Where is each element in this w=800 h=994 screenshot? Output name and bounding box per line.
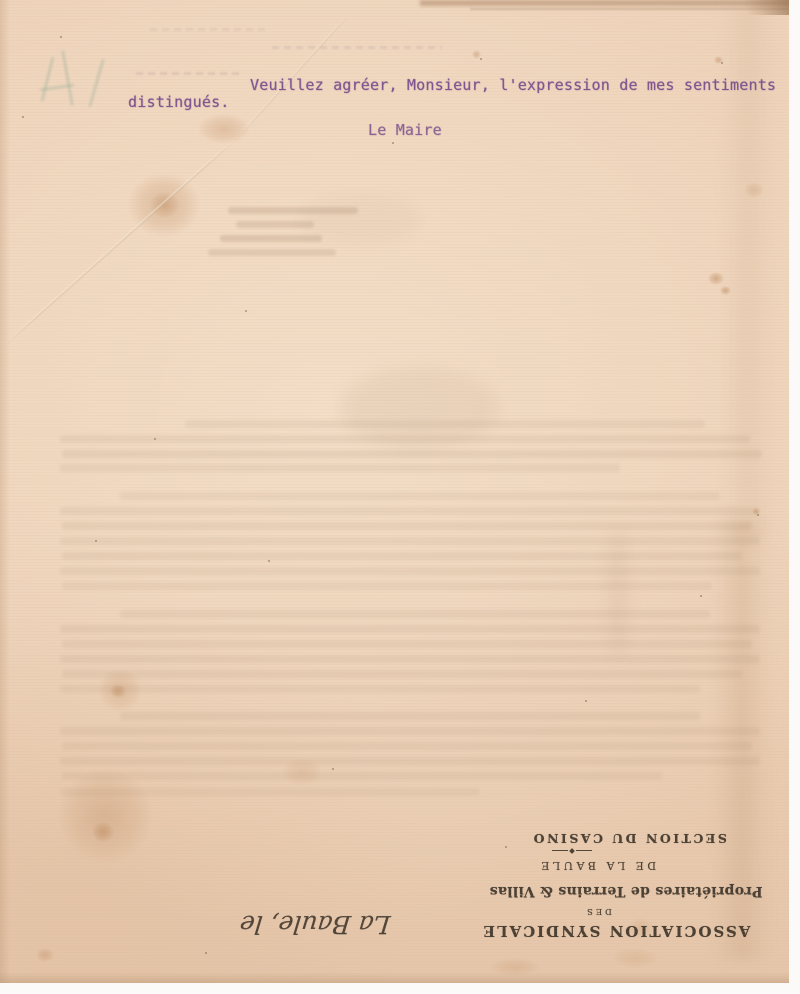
paper-speck bbox=[721, 62, 723, 64]
bleedthrough-dash-line bbox=[136, 72, 241, 75]
bleedthrough-text-line bbox=[62, 742, 752, 750]
bleedthrough-smudge bbox=[340, 368, 500, 448]
fold-crease bbox=[0, 136, 239, 350]
bleedthrough-text-line bbox=[62, 552, 742, 560]
paper-speck bbox=[268, 560, 270, 562]
letterhead-association-line: ASSOCIATION SYNDICALE bbox=[448, 922, 784, 940]
letter-page: Veuillez agréer, Monsieur, l'expression … bbox=[0, 0, 789, 983]
bleedthrough-address-line bbox=[208, 249, 336, 256]
bleedthrough-text-line bbox=[60, 727, 760, 735]
stain-spot bbox=[708, 272, 724, 285]
faint-pencil-mark bbox=[88, 59, 105, 108]
stain-spot bbox=[150, 192, 180, 218]
faint-pencil-mark bbox=[40, 56, 54, 101]
bleedthrough-dash-line bbox=[150, 28, 265, 31]
bleedthrough-text-line bbox=[62, 522, 752, 530]
bleedthrough-text-line bbox=[60, 685, 700, 693]
paper-speck bbox=[22, 116, 24, 118]
bleedthrough-text-line bbox=[60, 655, 760, 663]
bleedthrough-text-line bbox=[60, 507, 760, 515]
paper-speck bbox=[95, 540, 97, 542]
bleedthrough-dash-line bbox=[272, 46, 442, 49]
bleedthrough-text-line bbox=[60, 757, 760, 765]
paper-speck bbox=[245, 310, 247, 312]
ornament-rule-left bbox=[576, 851, 592, 852]
left-edge-shading bbox=[0, 0, 10, 983]
bleedthrough-text-line bbox=[60, 464, 620, 472]
paper-speck bbox=[392, 142, 394, 144]
signature-title: Le Maire bbox=[368, 122, 442, 138]
paper-speck bbox=[60, 36, 62, 38]
bleedthrough-text-line bbox=[62, 450, 762, 458]
paper-speck bbox=[480, 58, 482, 60]
stain-spot bbox=[720, 286, 731, 295]
bottom-edge-shadow bbox=[0, 972, 789, 983]
bleedthrough-smudge bbox=[300, 195, 420, 245]
paper-speck bbox=[700, 595, 702, 597]
stain-spot bbox=[92, 822, 114, 842]
bleedthrough-smudge bbox=[608, 528, 628, 658]
letterhead-des-line: DES bbox=[430, 906, 766, 916]
bleedthrough-text-line bbox=[62, 772, 662, 780]
stain-spot bbox=[744, 182, 764, 198]
stain-spot bbox=[282, 758, 322, 786]
stain-spot bbox=[36, 948, 54, 962]
paper-speck bbox=[332, 768, 334, 770]
closing-line-1: Veuillez agréer, Monsieur, l'expression … bbox=[250, 77, 776, 93]
bleedthrough-text-line bbox=[120, 492, 720, 500]
ornament-rule-right bbox=[552, 851, 568, 852]
bleedthrough-text-line bbox=[60, 567, 760, 575]
bleedthrough-text-line bbox=[120, 712, 700, 720]
bleedthrough-text-line bbox=[62, 640, 752, 648]
letterhead-ornament bbox=[404, 848, 740, 854]
paper-speck bbox=[757, 514, 759, 516]
letterhead-verso-block: ASSOCIATION SYNDICALE DES Propriétaires … bbox=[450, 824, 786, 944]
paper-speck bbox=[585, 700, 587, 702]
bleedthrough-text-line bbox=[60, 625, 760, 633]
paper-speck bbox=[205, 952, 207, 954]
ornament-diamond-icon bbox=[569, 848, 575, 854]
letterhead-proprietaires-line: Propriétaires de Terrains & Villas bbox=[458, 883, 789, 899]
stain-spot bbox=[110, 684, 126, 698]
letterhead-section-line: SECTION DU CASINO bbox=[461, 831, 789, 846]
stain-spot bbox=[490, 958, 540, 976]
bleedthrough-text-line bbox=[62, 670, 742, 678]
scanned-letter-screenshot: { "document": { "closing": { "line1": "V… bbox=[0, 0, 800, 994]
bleedthrough-address-line bbox=[220, 235, 322, 242]
paper-speck bbox=[154, 438, 156, 440]
stain-spot bbox=[58, 768, 153, 863]
dateline-script: La Baule, le bbox=[232, 898, 397, 950]
faint-pencil-mark bbox=[61, 50, 74, 106]
bleedthrough-text-line bbox=[60, 537, 760, 545]
stain-spot bbox=[612, 948, 658, 968]
letterhead-labaule-line: DE LA BAULE bbox=[429, 859, 765, 872]
closing-line-2: distingués. bbox=[128, 94, 230, 110]
